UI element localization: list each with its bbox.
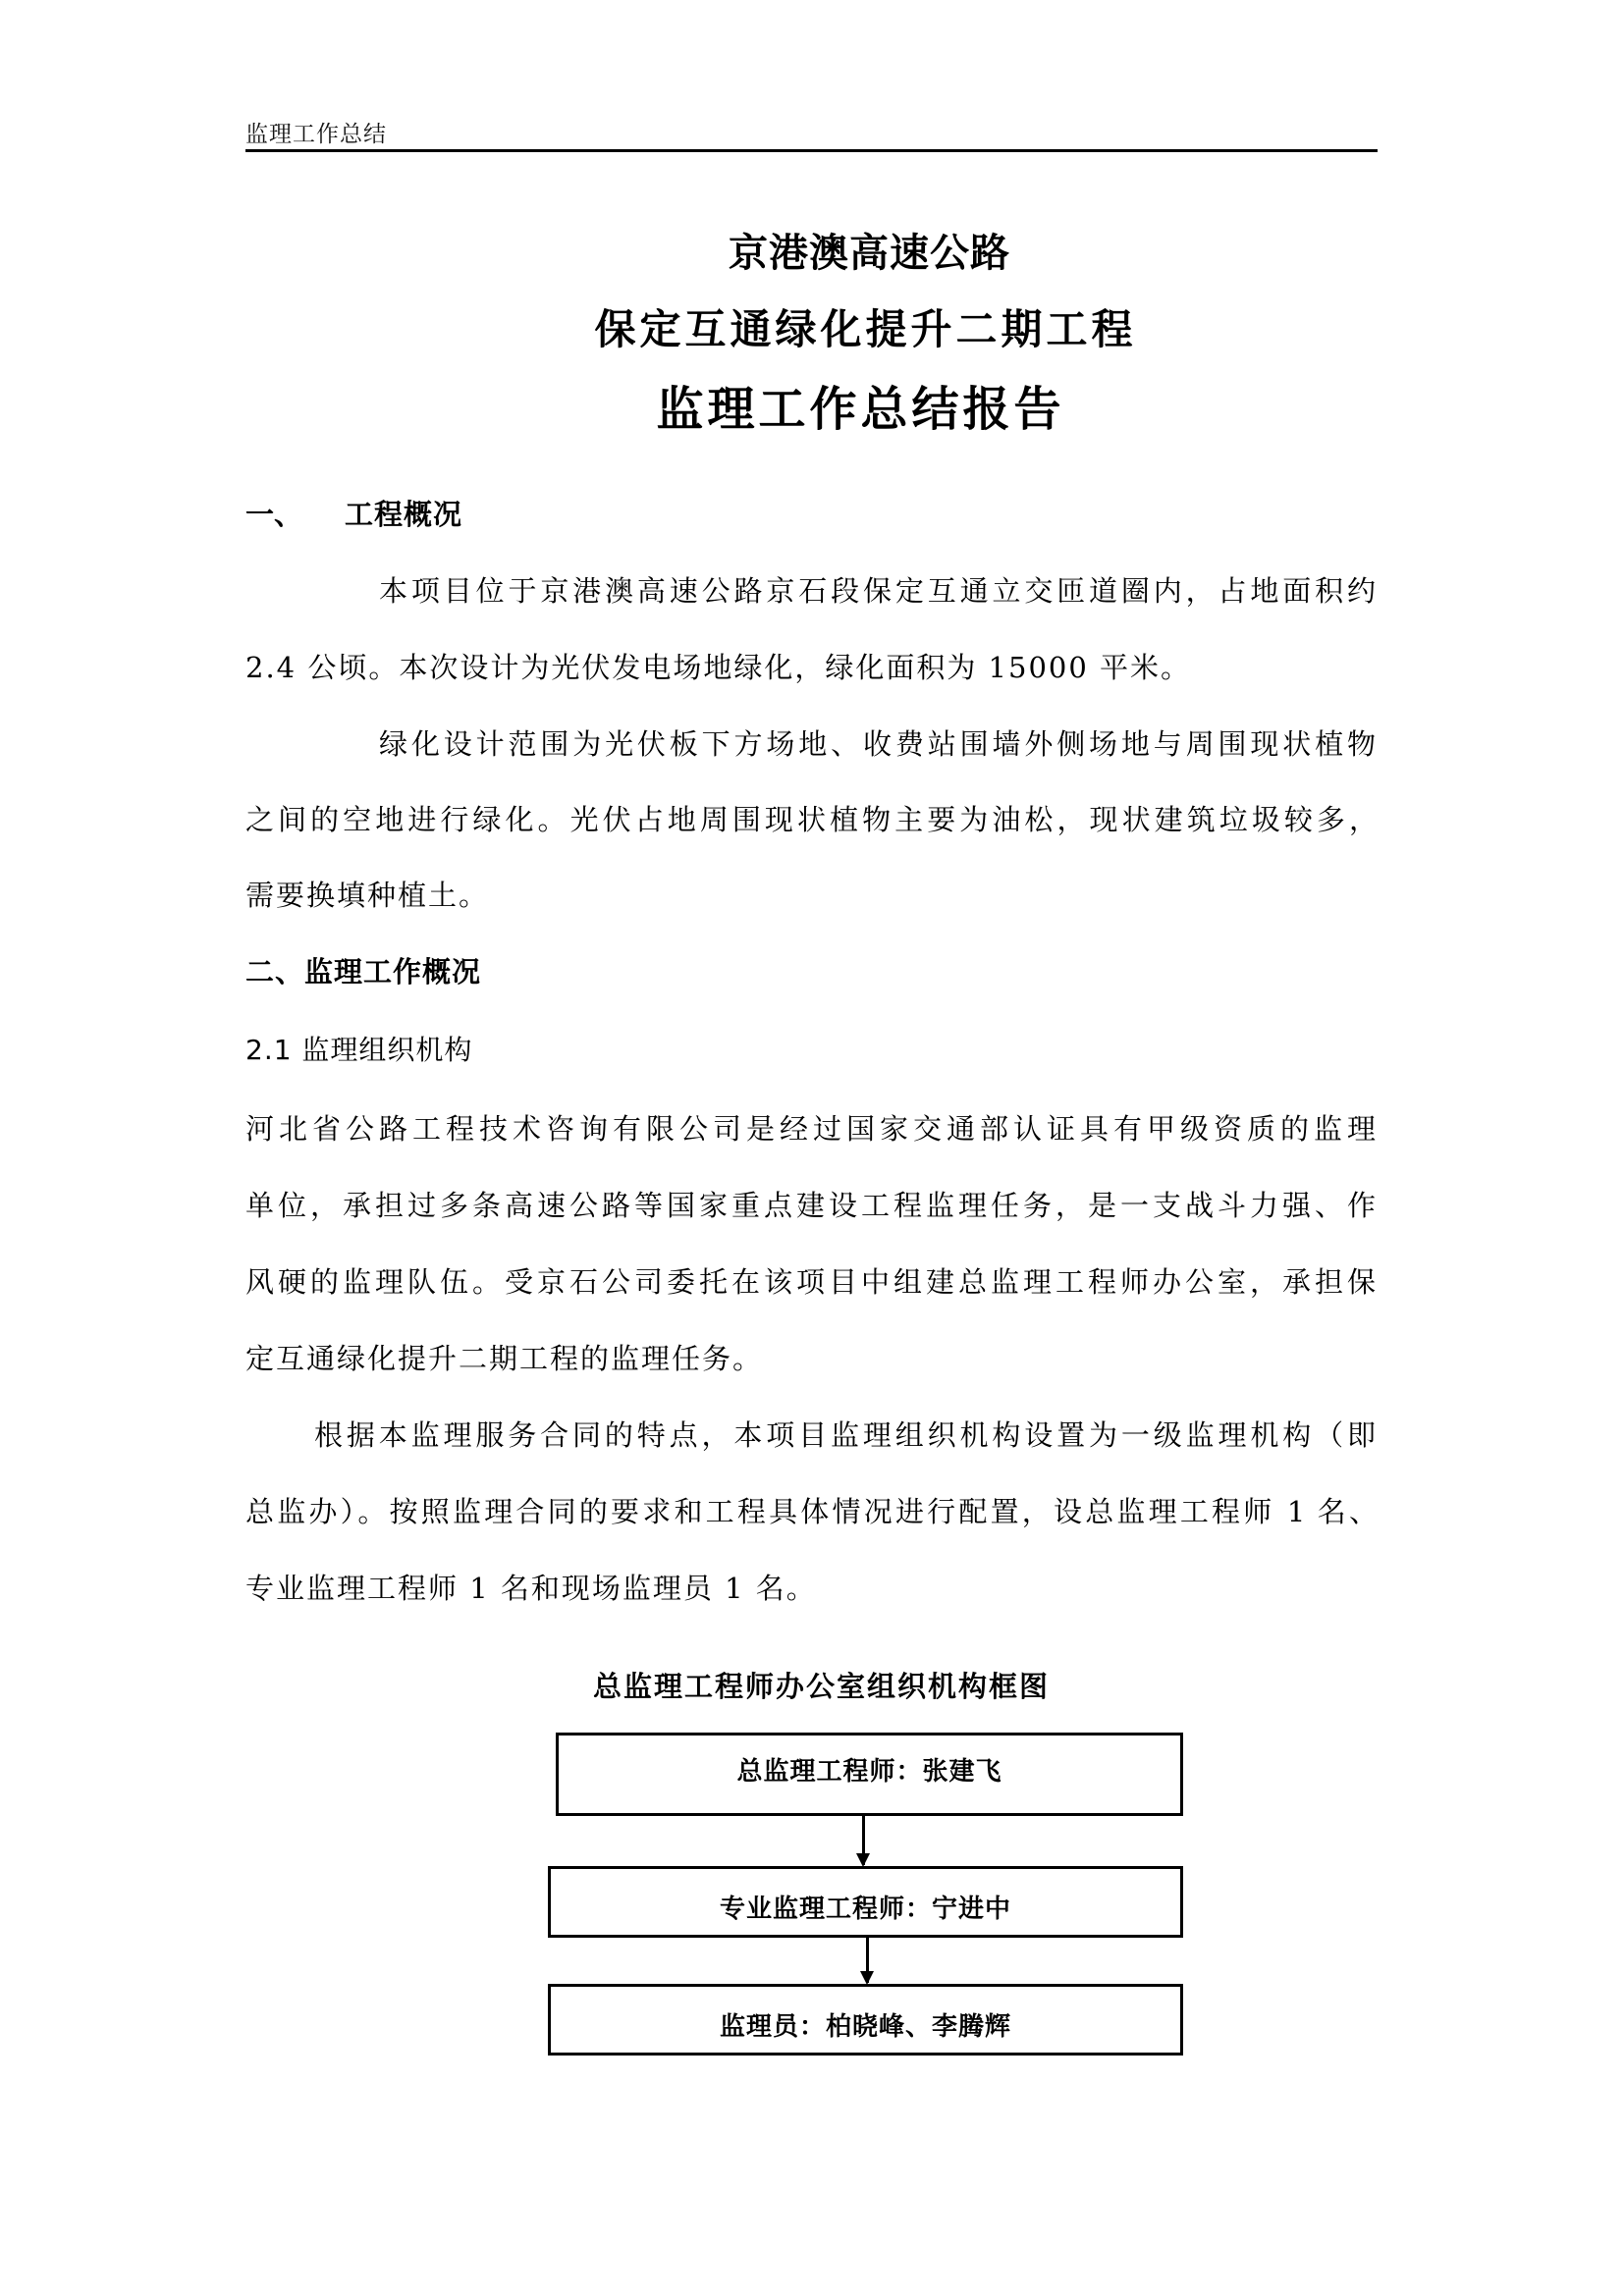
arrow-down-icon (862, 1816, 865, 1865)
section-1-para-1-line-2: 2.4 公顷。本次设计为光伏发电场地绿化，绿化面积为 15000 平米。 (245, 646, 1378, 686)
org-chart-title: 总监理工程师办公室组织机构框图 (245, 1665, 1378, 1705)
section-2-para-1-line-3: 风硬的监理队伍。受京石公司委托在该项目中组建总监理工程师办公室，承担保 (245, 1260, 1378, 1301)
running-header-title: 监理工作总结 (245, 116, 387, 148)
org-box-specialist-supervisor: 专业监理工程师：宁进中 (548, 1866, 1183, 1938)
section-1-para-2-line-2: 之间的空地进行绿化。光伏占地周围现状植物主要为油松，现状建筑垃圾较多， (245, 798, 1378, 838)
arrow-down-icon (866, 1938, 869, 1983)
section-1-number: 一、 (245, 493, 302, 533)
section-2-para-2-line-1: 根据本监理服务合同的特点，本项目监理组织机构设置为一级监理机构（即 (245, 1414, 1378, 1454)
header-rule (245, 149, 1378, 152)
section-1-para-1-line-1: 本项目位于京港澳高速公路京石段保定互通立交匝道圈内，占地面积约 (245, 569, 1378, 610)
section-2-para-1-line-1: 河北省公路工程技术咨询有限公司是经过国家交通部认证具有甲级资质的监理 (245, 1107, 1378, 1148)
section-2-para-1-line-4: 定互通绿化提升二期工程的监理任务。 (245, 1337, 1378, 1377)
section-2-para-2-line-2: 总监办）。按照监理合同的要求和工程具体情况进行配置，设总监理工程师 1 名、 (245, 1490, 1378, 1530)
doc-title-line-1: 京港澳高速公路 (245, 222, 1378, 278)
org-box-field-supervisors: 监理员：柏晓峰、李腾辉 (548, 1984, 1183, 2056)
org-box-chief-supervisor-label: 总监理工程师：张建飞 (736, 1757, 1001, 1787)
org-box-specialist-supervisor-label: 专业监理工程师：宁进中 (720, 1895, 1011, 1924)
doc-title-line-2: 保定互通绿化提升二期工程 (245, 297, 1378, 356)
section-1-para-2-line-3: 需要换填种植土。 (245, 874, 1378, 914)
section-1-heading: 工程概况 (345, 493, 462, 533)
section-2-para-1-line-2: 单位，承担过多条高速公路等国家重点建设工程监理任务，是一支战斗力强、作 (245, 1184, 1378, 1224)
section-2-heading: 二、监理工作概况 (245, 950, 481, 990)
doc-title-line-3: 监理工作总结报告 (245, 371, 1378, 439)
section-1-para-2-line-1: 绿化设计范围为光伏板下方场地、收费站围墙外侧场地与周围现状植物 (245, 722, 1378, 763)
org-box-chief-supervisor: 总监理工程师：张建飞 (556, 1733, 1183, 1816)
subsection-2-1-heading: 2.1 监理组织机构 (245, 1029, 472, 1068)
section-2-para-2-line-3: 专业监理工程师 1 名和现场监理员 1 名。 (245, 1567, 1378, 1607)
org-box-field-supervisors-label: 监理员：柏晓峰、李腾辉 (720, 2012, 1011, 2042)
